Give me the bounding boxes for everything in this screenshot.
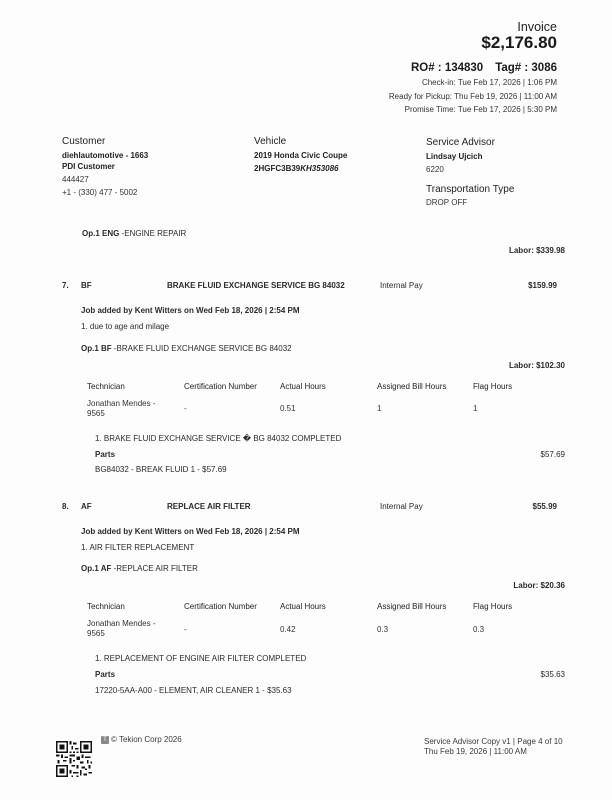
vehicle-title: Vehicle <box>254 136 347 147</box>
prev-operation-line: Op.1 ENG -ENGINE REPAIR <box>82 229 186 238</box>
technician-name: Jonathan Mendes - 9565 <box>87 399 156 419</box>
check-in-time: Check-in: Tue Feb 17, 2026 | 1:06 PM <box>422 78 557 87</box>
ro-tag-line: RO# : 134830Tag# : 3086 <box>411 62 557 74</box>
job-pay-type: Internal Pay <box>380 502 423 511</box>
prev-op-code: Op.1 ENG <box>82 229 119 238</box>
prev-op-desc: -ENGINE REPAIR <box>119 229 186 238</box>
assigned-bill-hours: 0.3 <box>377 625 388 634</box>
service-advisor-name: Lindsay Ujcich <box>426 152 495 161</box>
qr-code-icon <box>56 741 92 777</box>
col-assigned-bill-hours: Assigned Bill Hours <box>377 602 446 611</box>
printed-at: Thu Feb 19, 2026 | 11:00 AM <box>424 747 563 757</box>
col-technician: Technician <box>87 382 125 391</box>
job-code: BF <box>81 281 92 290</box>
vehicle-block: Vehicle 2019 Honda Civic Coupe 2HGFC3B39… <box>254 136 347 173</box>
customer-title: Customer <box>62 136 148 147</box>
ro-number: RO# : 134830 <box>411 62 483 74</box>
op-code: Op.1 AF <box>81 564 111 573</box>
technician-name-line2: 9565 <box>87 629 156 639</box>
copy-info: Service Advisor Copy v1 | Page 4 of 10 <box>424 737 563 747</box>
prev-operation-labor: Labor: $339.98 <box>509 246 565 255</box>
ready-for-pickup-time: Ready for Pickup: Thu Feb 19, 2026 | 11:… <box>389 92 557 101</box>
job-pay-type: Internal Pay <box>380 281 423 290</box>
job-operation: Op.1 AF -REPLACE AIR FILTER <box>81 564 198 573</box>
job-labor: Labor: $102.30 <box>509 361 565 370</box>
job-operation: Op.1 BF -BRAKE FLUID EXCHANGE SERVICE BG… <box>81 344 292 353</box>
promise-time: Promise Time: Tue Feb 17, 2026 | 5:30 PM <box>405 105 557 114</box>
op-desc: -BRAKE FLUID EXCHANGE SERVICE BG 84032 <box>112 344 292 353</box>
op-desc: -REPLACE AIR FILTER <box>111 564 198 573</box>
job-added-by: Job added by Kent Witters on Wed Feb 18,… <box>81 306 300 315</box>
tekion-logo-icon: T <box>101 736 109 744</box>
job-concern: 1. due to age and milage <box>81 322 169 331</box>
service-advisor-id: 6220 <box>426 165 495 174</box>
invoice-label: Invoice <box>517 20 557 34</box>
col-assigned-bill-hours: Assigned Bill Hours <box>377 382 446 391</box>
technician-name-line1: Jonathan Mendes - <box>87 619 156 629</box>
parts-total: $57.69 <box>541 450 565 459</box>
customer-block: Customer diehlautomotive - 1663 PDI Cust… <box>62 136 148 197</box>
service-advisor-block: Service Advisor Lindsay Ujcich 6220 <box>426 137 495 174</box>
transportation-block: Transportation Type DROP OFF <box>426 184 514 207</box>
col-flag-hours: Flag Hours <box>473 382 512 391</box>
vin-prefix: 2HGFC3B39 <box>254 164 300 173</box>
part-line: BG84032 - BREAK FLUID 1 - $57.69 <box>95 465 227 474</box>
flag-hours: 1 <box>473 404 477 413</box>
customer-type: PDI Customer <box>62 162 148 171</box>
tag-number: Tag# : 3086 <box>495 62 557 74</box>
job-story: 1. REPLACEMENT OF ENGINE AIR FILTER COMP… <box>95 654 306 663</box>
assigned-bill-hours: 1 <box>377 404 381 413</box>
technician-name: Jonathan Mendes - 9565 <box>87 619 156 639</box>
col-flag-hours: Flag Hours <box>473 602 512 611</box>
job-number: 8. <box>62 502 69 511</box>
transportation-value: DROP OFF <box>426 198 514 207</box>
col-certification: Certification Number <box>184 602 257 611</box>
actual-hours: 0.51 <box>280 404 296 413</box>
job-title: REPLACE AIR FILTER <box>167 502 251 511</box>
col-actual-hours: Actual Hours <box>280 602 326 611</box>
service-advisor-title: Service Advisor <box>426 137 495 148</box>
col-technician: Technician <box>87 602 125 611</box>
footer-copyright: T© Tekion Corp 2026 <box>101 735 182 744</box>
flag-hours: 0.3 <box>473 625 484 634</box>
vehicle-vin: 2HGFC3B39KH353086 <box>254 164 347 173</box>
job-concern: 1. AIR FILTER REPLACEMENT <box>81 543 194 552</box>
job-amount: $55.99 <box>533 502 557 511</box>
op-code: Op.1 BF <box>81 344 112 353</box>
certification-number: - <box>184 625 187 634</box>
job-added-by: Job added by Kent Witters on Wed Feb 18,… <box>81 527 300 536</box>
actual-hours: 0.42 <box>280 625 296 634</box>
job-number: 7. <box>62 281 69 290</box>
footer-page-info: Service Advisor Copy v1 | Page 4 of 10 T… <box>424 737 563 757</box>
job-story: 1. BRAKE FLUID EXCHANGE SERVICE � BG 840… <box>95 434 341 443</box>
invoice-total: $2,176.80 <box>481 33 557 53</box>
parts-label: Parts <box>95 450 115 459</box>
parts-total: $35.63 <box>541 670 565 679</box>
certification-number: - <box>184 404 187 413</box>
job-amount: $159.99 <box>528 281 557 290</box>
vehicle-description: 2019 Honda Civic Coupe <box>254 151 347 160</box>
technician-name-line2: 9565 <box>87 409 156 419</box>
col-actual-hours: Actual Hours <box>280 382 326 391</box>
part-line: 17220-5AA-A00 - ELEMENT, AIR CLEANER 1 -… <box>95 686 292 695</box>
customer-phone: +1 - (330) 477 - 5002 <box>62 188 148 197</box>
vin-suffix: KH353086 <box>300 164 338 173</box>
parts-label: Parts <box>95 670 115 679</box>
customer-id: 444427 <box>62 175 148 184</box>
technician-name-line1: Jonathan Mendes - <box>87 399 156 409</box>
transportation-title: Transportation Type <box>426 184 514 195</box>
job-code: AF <box>81 502 92 511</box>
customer-name: diehlautomotive - 1663 <box>62 151 148 160</box>
job-title: BRAKE FLUID EXCHANGE SERVICE BG 84032 <box>167 281 345 290</box>
col-certification: Certification Number <box>184 382 257 391</box>
copyright-text: © Tekion Corp 2026 <box>111 735 182 744</box>
job-labor: Labor: $20.36 <box>513 581 565 590</box>
